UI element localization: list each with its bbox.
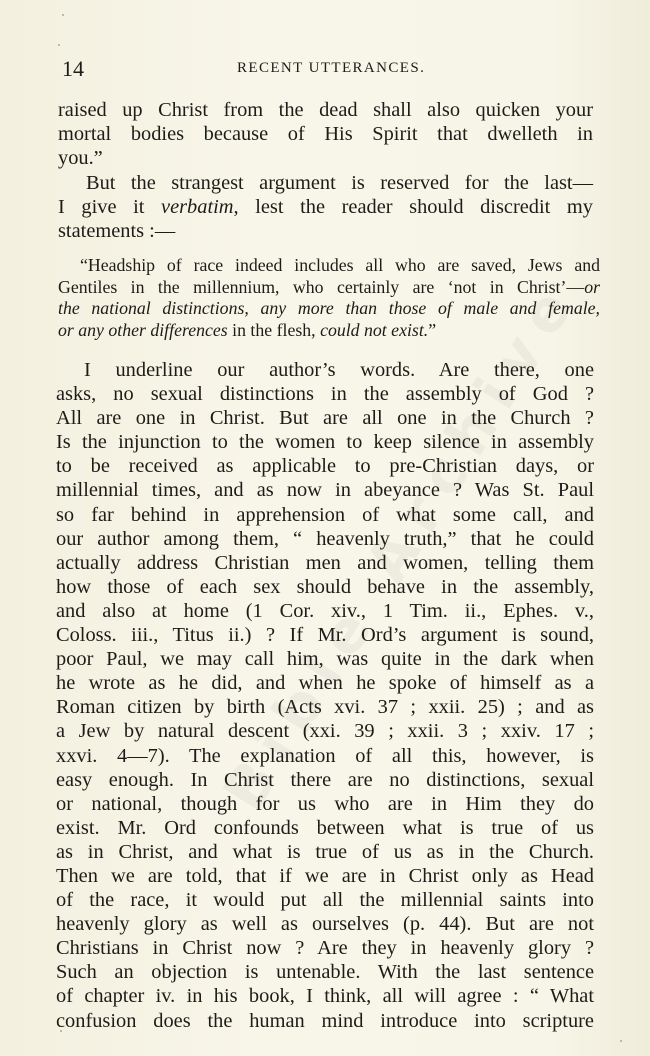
text-line: a Jew by natural descent (xxi. 39 ; xxii…	[56, 719, 594, 743]
quote-line: “Headship of race indeed includes all wh…	[58, 255, 600, 277]
text-line: Such an objection is untenable. With the…	[56, 960, 594, 984]
text-line: our author among them, “ heavenly truth,…	[56, 527, 594, 551]
italic-text: the national distinctions, any more than…	[58, 298, 600, 318]
text-line: But the strangest argument is reserved f…	[58, 171, 593, 195]
text-line: and also at home (1 Cor. xiv., 1 Tim. ii…	[56, 599, 594, 623]
text-line: Coloss. iii., Titus ii.) ? If Mr. Ord’s …	[56, 623, 594, 647]
page-number: 14	[62, 56, 84, 82]
paragraph-main: I underline our author’s words. Are ther…	[56, 358, 594, 1033]
text-line: xxvi. 4—7). The explanation of all this,…	[56, 744, 594, 768]
text-line: raised up Christ from the dead shall als…	[58, 98, 593, 122]
text-line: Then we are told, that if we are in Chri…	[56, 864, 594, 888]
text-line: actually address Christian men and women…	[56, 551, 594, 575]
text-line: Is the injunction to the women to keep s…	[56, 430, 594, 454]
text-line: confusion does the human mind introduce …	[56, 1009, 594, 1033]
running-head: RECENT UTTERANCES.	[237, 60, 425, 77]
text-line: millennial times, and as now in abeyance…	[56, 478, 594, 502]
text-line: I underline our author’s words. Are ther…	[56, 358, 594, 382]
paragraph-intro-quote: But the strangest argument is reserved f…	[58, 171, 593, 244]
text-line: so far behind in apprehension of what so…	[56, 503, 594, 527]
text-line: of chapter iv. in his book, I think, all…	[56, 984, 594, 1008]
text-line: I give it verbatim, lest the reader shou…	[58, 195, 593, 219]
italic-text: or	[584, 277, 600, 297]
paragraph-continuation: raised up Christ from the dead shall als…	[58, 98, 593, 171]
italic-text: verbatim	[161, 196, 233, 218]
text-line: of the race, it would put all the millen…	[56, 888, 594, 912]
text-line: exist. Mr. Ord confounds between what is…	[56, 816, 594, 840]
text-line: Christians in Christ now ? Are they in h…	[56, 936, 594, 960]
text-line: All are one in Christ. But are all one i…	[56, 406, 594, 430]
paper-speck	[62, 14, 64, 16]
text-line: easy enough. In Christ there are no dist…	[56, 768, 594, 792]
text-line: or national, though for us who are in Hi…	[56, 792, 594, 816]
text-line: how those of each sex should behave in t…	[56, 575, 594, 599]
paper-speck	[620, 1040, 622, 1042]
text-line: mortal bodies because of His Spirit that…	[58, 122, 593, 146]
book-page: Bible Archive 14 RECENT UTTERANCES. rais…	[0, 0, 650, 1056]
quote-line: the national distinctions, any more than…	[58, 298, 600, 320]
text-line: heavenly glory as well as ourselves (p. …	[56, 912, 594, 936]
text-line: poor Paul, we may call him, was quite in…	[56, 647, 594, 671]
text-line: asks, no sexual distinctions in the asse…	[56, 382, 594, 406]
page-header: 14 RECENT UTTERANCES.	[62, 56, 590, 86]
paper-speck	[58, 44, 60, 46]
text-line: you.”	[58, 146, 593, 170]
text-line: statements :—	[58, 219, 593, 243]
text-line: as in Christ, and what is true of us as …	[56, 840, 594, 864]
italic-text: could not exist.	[320, 320, 428, 340]
quote-line: Gentiles in the millennium, who certainl…	[58, 277, 600, 299]
italic-text: or any other differences	[58, 320, 228, 340]
text-line: he wrote as he did, and when he spoke of…	[56, 671, 594, 695]
block-quote: “Headship of race indeed includes all wh…	[58, 255, 600, 341]
text-line: Roman citizen by birth (Acts xvi. 37 ; x…	[56, 695, 594, 719]
text-line: to be received as applicable to pre-Chri…	[56, 454, 594, 478]
quote-line: or any other differences in the flesh, c…	[58, 320, 600, 342]
